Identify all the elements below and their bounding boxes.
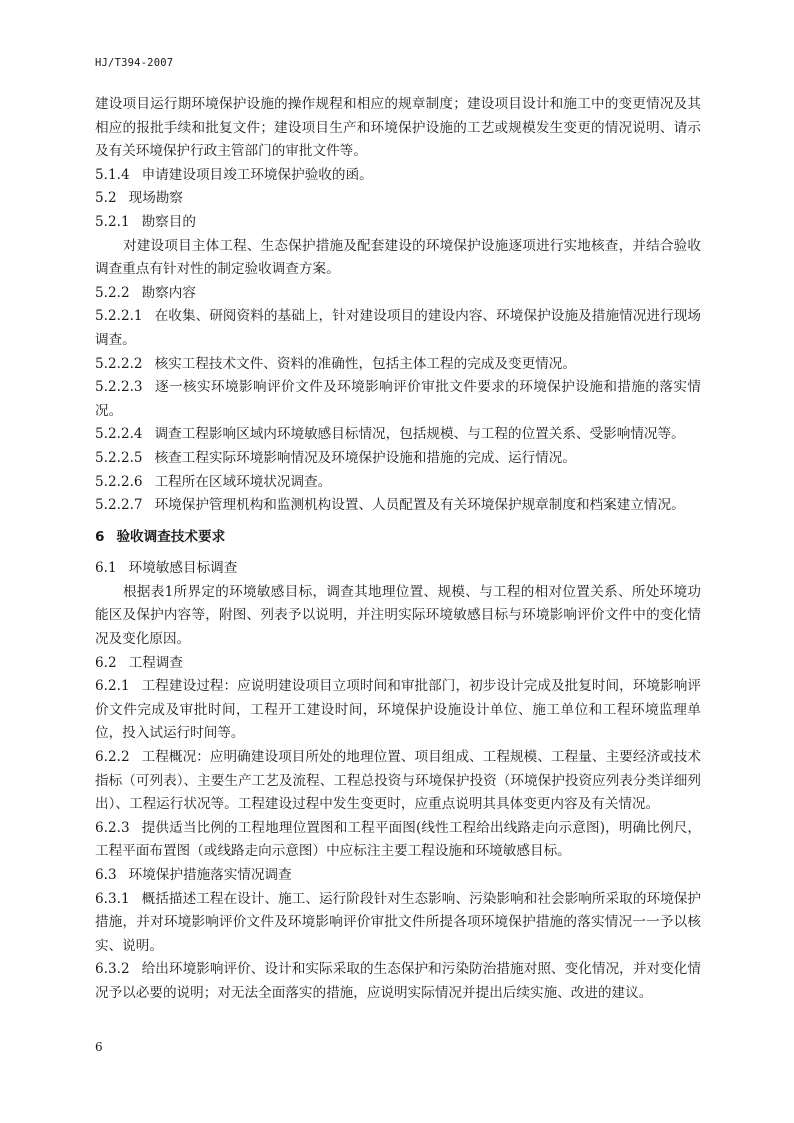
clause-text: 调查工程影响区域内环境敏感目标情况，包括规模、与工程的位置关系、受影响情况等。: [155, 426, 685, 442]
paragraph-text: 建设项目运行期环境保护设施的操作规程和相应的规章制度；建设项目设计和施工中的变更…: [95, 96, 701, 159]
clause-5-2-2-3: 5.2.2.3逐一核实环境影响评价文件及环境影响评价审批文件要求的环境保护设施和…: [95, 376, 701, 423]
clause-number: 6.2: [95, 652, 117, 676]
clause-5-2-1: 5.2.1勘察目的: [95, 211, 701, 235]
clause-6-3-1: 6.3.1概括描述工程在设计、施工、运行阶段针对生态影响、污染影响和社会影响所采…: [95, 888, 701, 959]
clause-number: 5.2.2.2: [95, 353, 143, 377]
clause-number: 5.2.2.6: [95, 471, 143, 495]
clause-5-2-2-5: 5.2.2.5核查工程实际环境影响情况及环境保护设施和措施的完成、运行情况。: [95, 447, 701, 471]
paragraph-indented: 对建设项目主体工程、生态保护措施及配套建设的环境保护设施逐项进行实地核查，并结合…: [95, 235, 701, 282]
clause-number: 5.2.2: [95, 282, 130, 306]
clause-6-2-1: 6.2.1工程建设过程：应说明建设项目立项时间和审批部门，初步设计完成及批复时间…: [95, 675, 701, 746]
clause-5-2-2-1: 5.2.2.1在收集、研阅资料的基础上，针对建设项目的建设内容、环境保护设施及措…: [95, 305, 701, 352]
clause-text: 核实工程技术文件、资料的准确性，包括主体工程的完成及变更情况。: [155, 356, 576, 372]
page-number: 6: [95, 1040, 103, 1054]
clause-5-2-2: 5.2.2勘察内容: [95, 282, 701, 306]
clause-number: 5.2.2.4: [95, 423, 143, 447]
clause-number: 5.2.2.7: [95, 494, 143, 518]
clause-text: 勘察目的: [142, 214, 196, 230]
clause-text: 工程调查: [129, 655, 183, 671]
clause-text: 环境保护管理机构和监测机构设置、人员配置及有关环境保护规章制度和档案建立情况。: [155, 497, 685, 513]
clause-number: 5.2.1: [95, 211, 130, 235]
paragraph-text: 根据表1所界定的环境敏感目标，调查其地理位置、规模、与工程的相对位置关系、所处环…: [95, 584, 701, 647]
clause-5-2-2-6: 5.2.2.6工程所在区域环境状况调查。: [95, 471, 701, 495]
clause-number: 5.2.2.5: [95, 447, 143, 471]
clause-text: 现场勘察: [129, 190, 183, 206]
clause-5-1-4: 5.1.4申请建设项目竣工环境保护验收的函。: [95, 164, 701, 188]
clause-6-2-2: 6.2.2工程概况：应明确建设项目所处的地理位置、项目组成、工程规模、工程量、主…: [95, 746, 701, 817]
clause-number: 5.1.4: [95, 164, 130, 188]
clause-6-3-2: 6.3.2给出环境影响评价、设计和实际采取的生态保护和污染防治措施对照、变化情况…: [95, 958, 701, 1005]
clause-text: 在收集、研阅资料的基础上，针对建设项目的建设内容、环境保护设施及措施情况进行现场…: [95, 308, 701, 348]
clause-number: 6.3.1: [95, 888, 130, 912]
clause-5-2: 5.2现场勘察: [95, 187, 701, 211]
clause-number: 6.2.1: [95, 675, 130, 699]
section-heading-6: 6验收调查技术要求: [95, 526, 701, 550]
clause-5-2-2-2: 5.2.2.2核实工程技术文件、资料的准确性，包括主体工程的完成及变更情况。: [95, 353, 701, 377]
clause-text: 申请建设项目竣工环境保护验收的函。: [142, 167, 373, 183]
clause-text: 工程建设过程：应说明建设项目立项时间和审批部门，初步设计完成及批复时间，环境影响…: [95, 678, 701, 741]
clause-number: 6.3.2: [95, 958, 130, 982]
clause-text: 工程所在区域环境状况调查。: [155, 474, 332, 490]
document-body: 建设项目运行期环境保护设施的操作规程和相应的规章制度；建设项目设计和施工中的变更…: [95, 93, 701, 1006]
clause-text: 核查工程实际环境影响情况及环境保护设施和措施的完成、运行情况。: [155, 450, 576, 466]
paragraph-indented: 根据表1所界定的环境敏感目标，调查其地理位置、规模、与工程的相对位置关系、所处环…: [95, 581, 701, 652]
clause-number: 6.2.2: [95, 746, 130, 770]
clause-6-2-3: 6.2.3提供适当比例的工程地理位置图和工程平面图(线性工程给出线路走向示意图)…: [95, 817, 701, 864]
clause-number: 5.2.2.1: [95, 305, 143, 329]
paragraph-continuation: 建设项目运行期环境保护设施的操作规程和相应的规章制度；建设项目设计和施工中的变更…: [95, 93, 701, 164]
clause-number: 5.2: [95, 187, 117, 211]
clause-text: 给出环境影响评价、设计和实际采取的生态保护和污染防治措施对照、变化情况，并对变化…: [95, 961, 701, 1001]
clause-number: 6.3: [95, 864, 117, 888]
clause-number: 5.2.2.3: [95, 376, 143, 400]
clause-number: 6.1: [95, 557, 117, 581]
clause-text: 提供适当比例的工程地理位置图和工程平面图(线性工程给出线路走向示意图)，明确比例…: [95, 820, 701, 860]
section-number: 6: [95, 526, 104, 550]
section-title: 验收调查技术要求: [116, 529, 225, 545]
clause-text: 环境保护措施落实情况调查: [129, 867, 292, 883]
clause-6-2: 6.2工程调查: [95, 652, 701, 676]
clause-6-3: 6.3环境保护措施落实情况调查: [95, 864, 701, 888]
clause-text: 勘察内容: [142, 285, 196, 301]
clause-number: 6.2.3: [95, 817, 130, 841]
clause-text: 逐一核实环境影响评价文件及环境影响评价审批文件要求的环境保护设施和措施的落实情况…: [95, 379, 701, 419]
clause-6-1: 6.1环境敏感目标调查: [95, 557, 701, 581]
clause-text: 概括描述工程在设计、施工、运行阶段针对生态影响、污染影响和社会影响所采取的环境保…: [95, 891, 701, 954]
paragraph-text: 对建设项目主体工程、生态保护措施及配套建设的环境保护设施逐项进行实地核查，并结合…: [95, 238, 701, 278]
clause-5-2-2-7: 5.2.2.7环境保护管理机构和监测机构设置、人员配置及有关环境保护规章制度和档…: [95, 494, 701, 518]
document-code-header: HJ/T394-2007: [95, 57, 173, 69]
clause-text: 工程概况：应明确建设项目所处的地理位置、项目组成、工程规模、工程量、主要经济或技…: [95, 749, 701, 812]
clause-text: 环境敏感目标调查: [129, 560, 238, 576]
clause-5-2-2-4: 5.2.2.4调查工程影响区域内环境敏感目标情况，包括规模、与工程的位置关系、受…: [95, 423, 701, 447]
